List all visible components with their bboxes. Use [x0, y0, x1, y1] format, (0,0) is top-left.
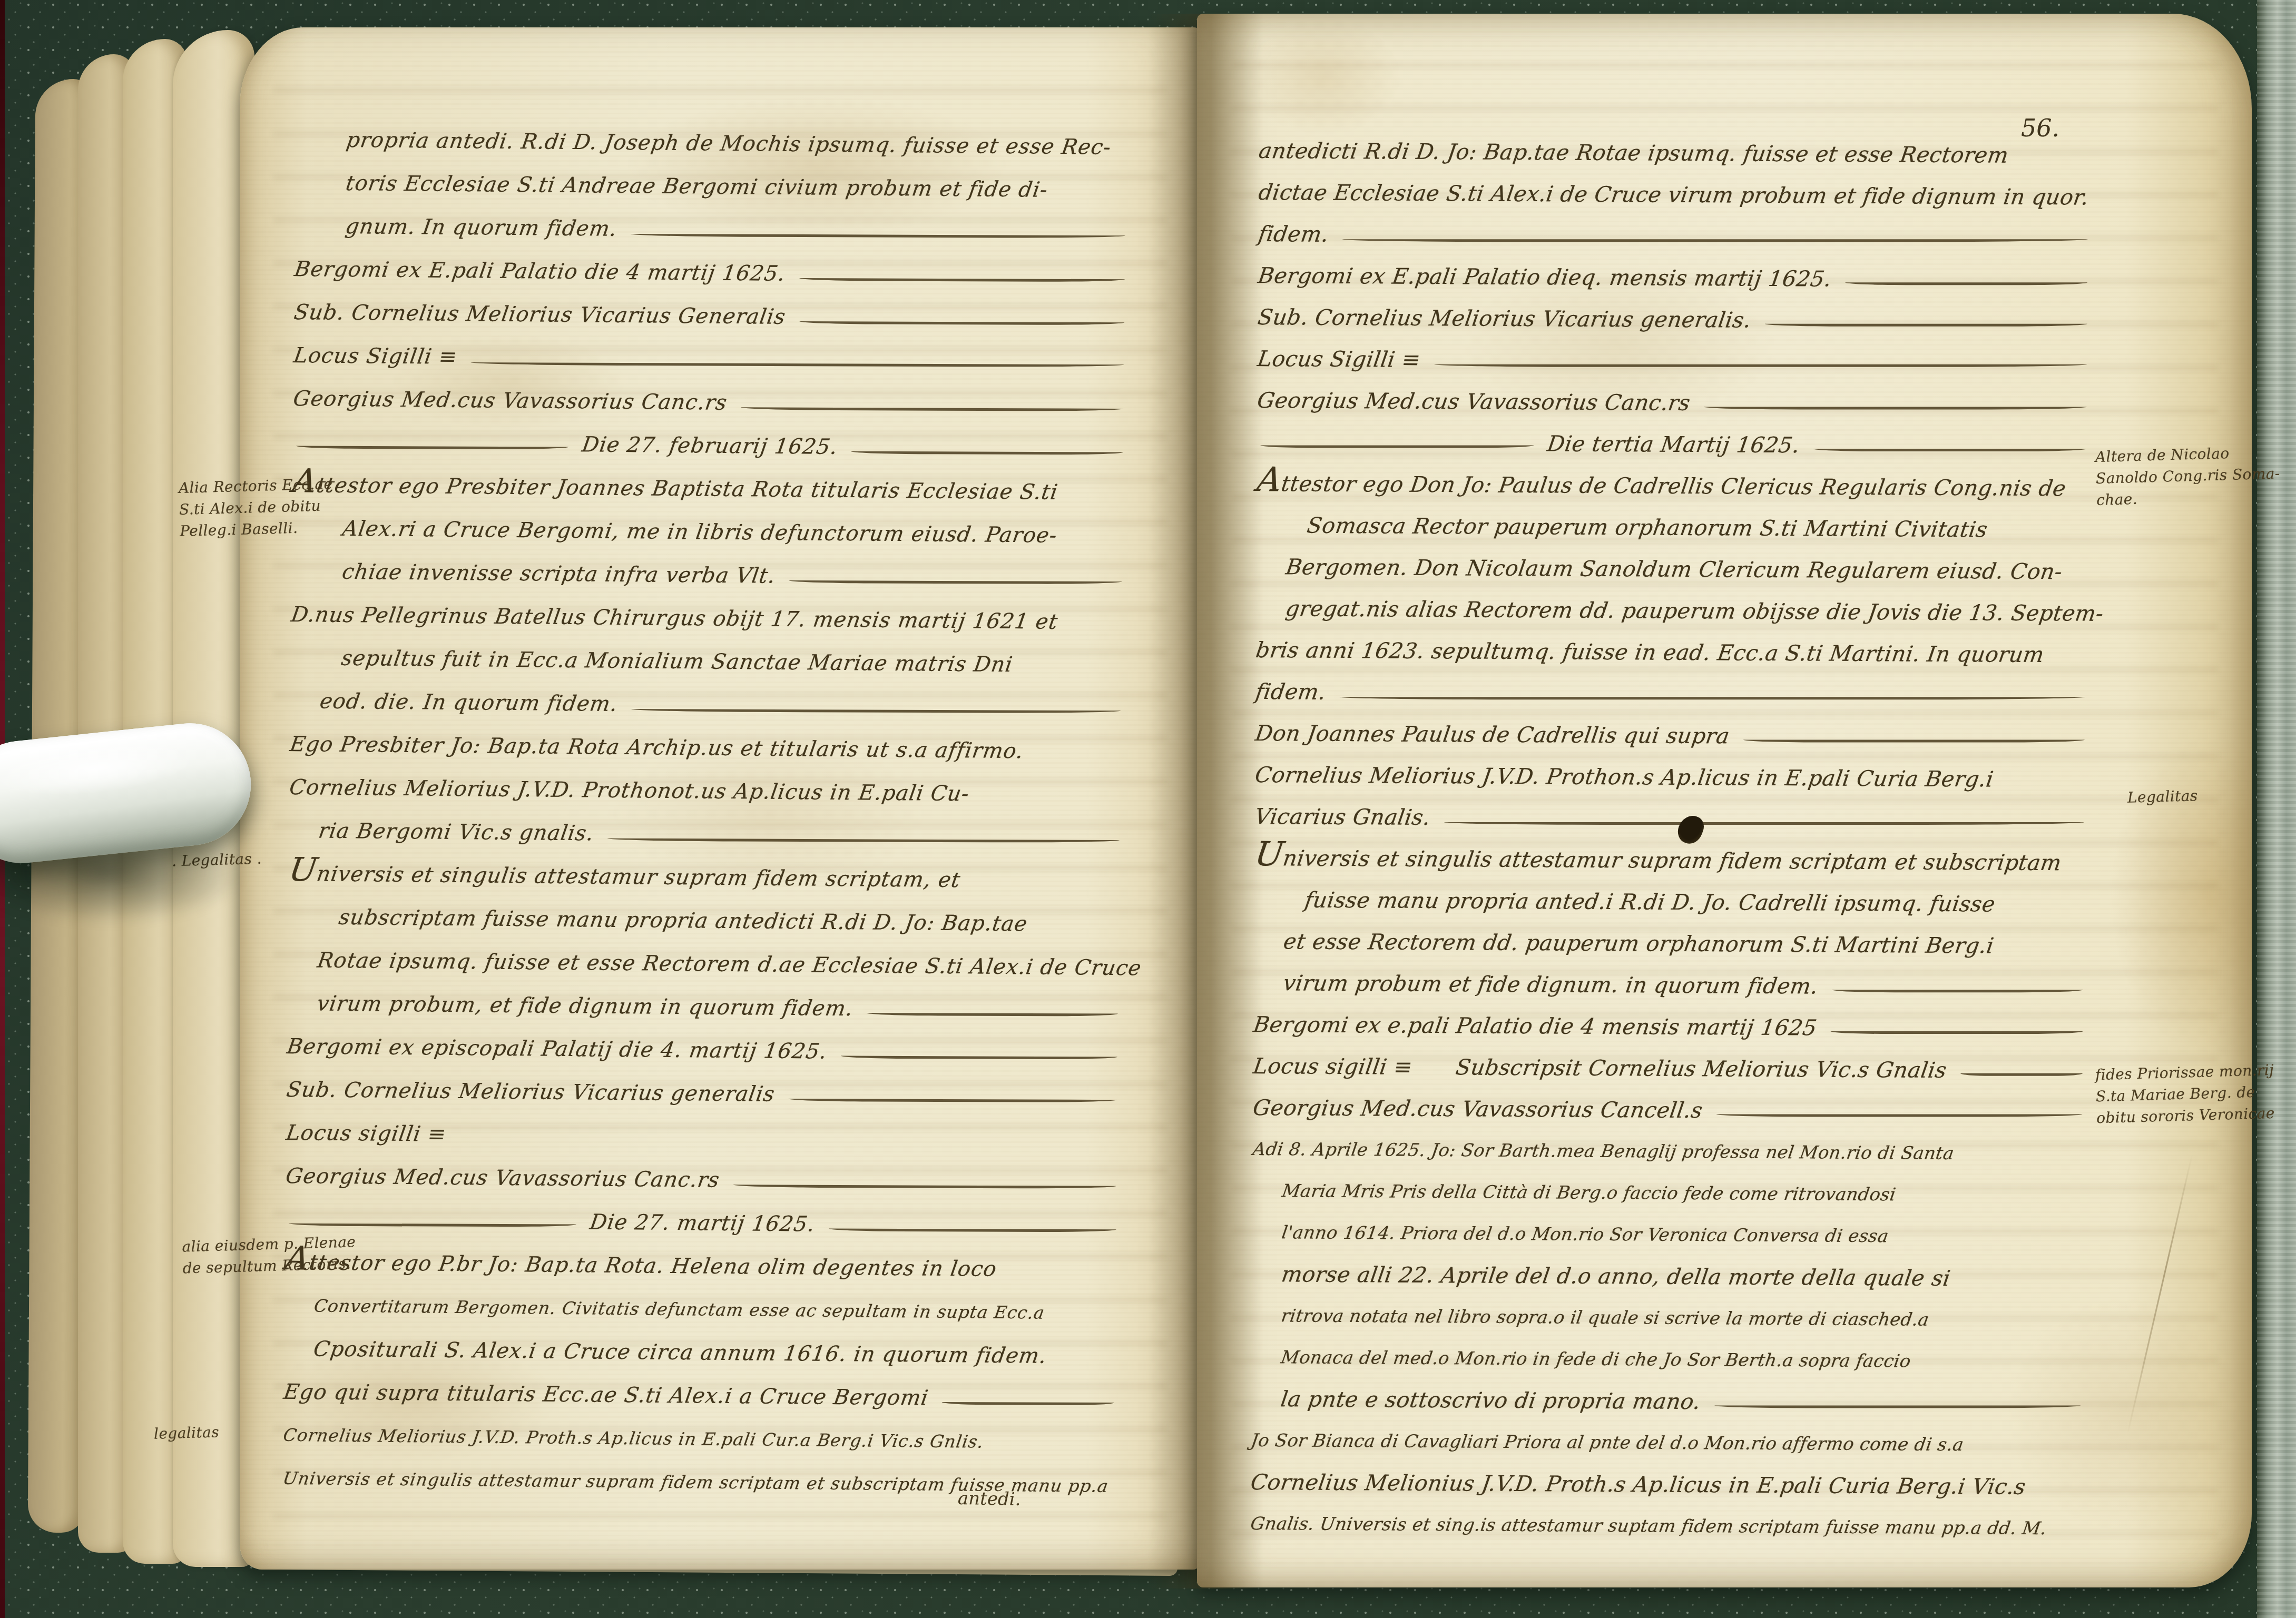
manuscript-line: ria Bergomi Vic.s gnalis.: [319, 809, 1129, 860]
manuscript-line: Georgius Med.cus Vavassorius Cancell.s: [1253, 1087, 2091, 1133]
manuscript-line: Universis et singulis attestamur supram …: [289, 852, 1128, 903]
scanned-book-photo: propria antedi. R.di D. Joseph de Mochis…: [0, 0, 2296, 1618]
manuscript-line: Cornelius Melionius J.V.D. Proth.s Ap.li…: [1251, 1461, 2088, 1508]
manuscript-line: Bergomi ex E.pali Palatio die 4 martij 1…: [295, 248, 1134, 299]
manuscript-line: subscriptam fuisse manu propria antedict…: [339, 896, 1127, 946]
manuscript-line: Attestor ego P.br Jo: Bap.ta Rota. Helen…: [285, 1241, 1124, 1292]
manuscript-line: Die 27. martij 1625.: [286, 1198, 1125, 1249]
roller-highlight: [0, 734, 198, 804]
manuscript-line: Bergomi ex e.pali Palatio die 4 mensis m…: [1253, 1003, 2091, 1050]
manuscript-line: Sub. Cornelius Meliorius Vicarius genera…: [287, 1068, 1126, 1119]
manuscript-line: virum probum, et fide dignum in quorum f…: [317, 982, 1126, 1033]
manuscript-line: Locus Sigilli ≡: [293, 334, 1133, 385]
manuscript-line: Attestor ego Presbiter Joannes Baptista …: [292, 463, 1132, 515]
margin-note: legalitas: [153, 1421, 219, 1444]
manuscript-line: Die 27. februarij 1625.: [293, 420, 1132, 471]
margin-note-line: S.ti Alex.i de obitu: [179, 495, 333, 520]
margin-note-line: legalitas: [153, 1421, 219, 1444]
margin-note-line: Pelleg.i Baselli.: [180, 516, 335, 542]
manuscript-line: toris Ecclesiae S.ti Andreae Bergomi civ…: [346, 162, 1134, 212]
margin-note: alia eiusdem p. Elenae de sepultum Recto…: [182, 1231, 357, 1279]
manuscript-line: Adi 8. Aprile 1625. Jo: Sor Barth.mea Be…: [1253, 1128, 2091, 1175]
manuscript-line: Cornelius Meliorius J.V.D. Prothon.s Ap.…: [1255, 754, 2093, 801]
manuscript-line: Universis et singulis attestamur supram …: [1254, 837, 2092, 884]
right-page-text: antedicti R.di D. Jo: Bap.tae Rotae ipsu…: [1251, 130, 2097, 1550]
manuscript-line: bris anni 1623. sepultumq. fuisse in ead…: [1256, 629, 2094, 676]
manuscript-line: Georgius Med.cus Vavassorius Canc.rs: [293, 377, 1132, 428]
catchword: antedi.: [958, 1488, 1021, 1510]
manuscript-line: fidem.: [1259, 213, 2096, 260]
manuscript-line: et esse Rectorem dd. pauperum orphanorum…: [1283, 920, 2092, 966]
manuscript-line: Die tertia Martij 1625.: [1257, 421, 2095, 468]
manuscript-line: Bergomi ex episcopali Palatij die 4. mar…: [287, 1025, 1126, 1076]
manuscript-line: Ego Presbiter Jo: Bap.ta Rota Archip.us …: [290, 723, 1129, 774]
manuscript-line: Sub. Cornelius Meliorius Vicarius genera…: [1258, 296, 2096, 343]
manuscript-line: Attestor ego Don Jo: Paulus de Cadrellis…: [1257, 462, 2095, 509]
manuscript-line: fidem.: [1255, 670, 2093, 717]
manuscript-line: Ego qui supra titularis Ecc.ae S.ti Alex…: [283, 1370, 1123, 1422]
manuscript-line: sepultus fuit in Ecc.a Monialium Sanctae…: [341, 637, 1130, 687]
manuscript-line: Sub. Cornelius Meliorius Vicarius Genera…: [294, 291, 1133, 342]
margin-note: fides Priorissae mon.rij S.ta Mariae Ber…: [2095, 1059, 2296, 1129]
margin-note: Alia Rectoris Ecc.ae S.ti Alex.i de obit…: [178, 473, 334, 542]
manuscript-line: Cornelius Meliorius J.V.D. Proth.s Ap.li…: [283, 1414, 1123, 1465]
manuscript-line: Cornelius Meliorius J.V.D. Prothonot.us …: [289, 766, 1129, 817]
manuscript-line: morse alli 22. Aprile del d.o anno, dell…: [1281, 1253, 2089, 1299]
manuscript-line: chiae invenisse scripta infra verba Vlt.: [342, 550, 1131, 601]
page-number: 56.: [2021, 114, 2059, 142]
manuscript-line: eod. die. In quorum fidem.: [320, 679, 1130, 731]
scanner-edge-band: [2257, 0, 2296, 1618]
manuscript-line: Bergomen. Don Nicolaum Sanoldum Clericum…: [1286, 546, 2094, 592]
margin-note: Altera de Nicolao Sanoldo Cong.ris Soma-…: [2095, 441, 2286, 511]
manuscript-line: antedicti R.di D. Jo: Bap.tae Rotae ipsu…: [1259, 130, 2097, 176]
manuscript-line: Convertitarum Bergomen. Civitatis defunc…: [314, 1284, 1124, 1335]
manuscript-line: la pnte e sottoscrivo di propria mano.: [1281, 1378, 2089, 1424]
manuscript-line: Georgius Med.cus Vavassorius Canc.rs: [1258, 379, 2095, 426]
manuscript-line: gnum. In quorum fidem.: [346, 205, 1134, 255]
manuscript-line: Locus Sigilli ≡: [1258, 338, 2095, 384]
manuscript-line: Locus sigilli ≡: [286, 1111, 1125, 1162]
manuscript-line: dictae Ecclesiae S.ti Alex.i de Cruce vi…: [1259, 171, 2096, 218]
manuscript-line: gregat.nis alias Rectorem dd. pauperum o…: [1286, 587, 2094, 634]
manuscript-line: Georgius Med.cus Vavassorius Canc.rs: [286, 1155, 1125, 1206]
manuscript-line: Locus sigilli ≡ Subscripsit Cornelius Me…: [1253, 1045, 2091, 1092]
manuscript-line: Somasca Rector pauperum orphanorum S.ti …: [1307, 505, 2094, 551]
manuscript-line: l'anno 1614. Priora del d.o Mon.rio Sor …: [1282, 1211, 2090, 1258]
manuscript-line: propria antedi. R.di D. Joseph de Mochis…: [346, 119, 1135, 169]
margin-note-line: Legalitas: [2127, 785, 2198, 808]
manuscript-line: Bergomi ex E.pali Palatio dieq. mensis m…: [1258, 254, 2096, 301]
manuscript-line: fuisse manu propria anted.i R.di D. Jo. …: [1305, 879, 2092, 925]
manuscript-line: Vicarius Gnalis.: [1255, 795, 2093, 842]
manuscript-line: D.nus Pellegrinus Batellus Chirurgus obi…: [291, 593, 1131, 644]
manuscript-line: Cpositurali S. Alex.i a Cruce circa annu…: [313, 1327, 1123, 1378]
manuscript-line: virum probum et fide dignum. in quorum f…: [1283, 962, 2092, 1008]
manuscript-line: Monaca del med.o Mon.rio in fede di che …: [1281, 1336, 2089, 1383]
margin-note: Legalitas: [2127, 785, 2198, 808]
manuscript-line: Maria Mris Pris della Città di Berg.o fa…: [1282, 1170, 2090, 1216]
manuscript-line: Jo Sor Bianca di Cavagliari Priora al pn…: [1251, 1419, 2089, 1466]
manuscript-line: Gnalis. Universis et sing.is attestamur …: [1251, 1503, 2088, 1550]
left-page-text: propria antedi. R.di D. Joseph de Mochis…: [283, 118, 1135, 1508]
manuscript-line: Rotae ipsumq. fuisse et esse Rectorem d.…: [317, 939, 1127, 990]
manuscript-line: Don Joannes Paulus de Cadrellis qui supr…: [1255, 712, 2093, 759]
manuscript-line: Alex.ri a Cruce Bergomi, me in libris de…: [342, 507, 1131, 558]
manuscript-line: ritrova notata nel libro sopra.o il qual…: [1281, 1295, 2089, 1341]
